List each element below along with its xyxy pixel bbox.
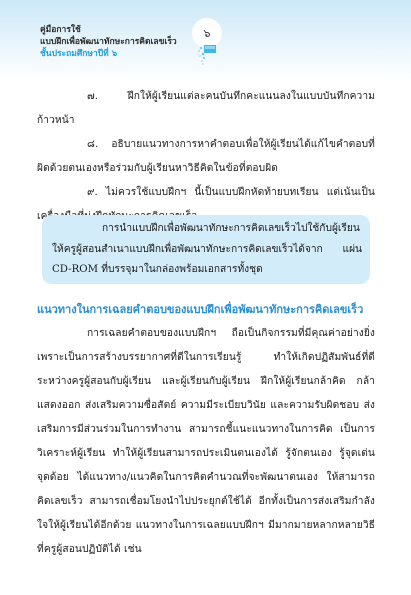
list-item-7: ๗. ฝึกให้ผู้เรียนแต่ละคนบันทึกคะแนนลงในแ… bbox=[37, 85, 375, 133]
section-body: การเฉลยคำตอบของแบบฝึกฯ ถือเป็นกิจกรรมที่… bbox=[37, 322, 375, 562]
header-title-line2: แบบฝึกเพื่อพัฒนาทักษะการคิดเลขเร็ว bbox=[40, 36, 177, 48]
header-grade-level: ชั้นประถมศึกษาปีที่ ๖ bbox=[40, 48, 177, 60]
section-paragraph: การเฉลยคำตอบของแบบฝึกฯ ถือเป็นกิจกรรมที่… bbox=[37, 322, 375, 562]
intro-list: ๗. ฝึกให้ผู้เรียนแต่ละคนบันทึกคะแนนลงในแ… bbox=[37, 85, 375, 229]
note-box: การนำแบบฝึกเพื่อพัฒนาทักษะการคิดเลขเร็วไ… bbox=[42, 215, 370, 284]
page-number: ๖ bbox=[204, 24, 211, 42]
note-text: การนำแบบฝึกเพื่อพัฒนาทักษะการคิดเลขเร็วไ… bbox=[52, 219, 362, 281]
page-number-badge: ๖ bbox=[192, 18, 222, 48]
list-item-8: ๘. อธิบายแนวทางการหาคำตอบเพื่อให้ผู้เรีย… bbox=[37, 133, 375, 181]
header-title-line1: คู่มือการใช้ bbox=[40, 24, 177, 36]
running-header: คู่มือการใช้ แบบฝึกเพื่อพัฒนาทักษะการคิด… bbox=[40, 24, 177, 60]
section-heading: แนวทางในการเฉลยคำตอบของแบบฝึกเพื่อพัฒนาท… bbox=[37, 302, 363, 318]
water-splash-icon bbox=[196, 45, 216, 67]
